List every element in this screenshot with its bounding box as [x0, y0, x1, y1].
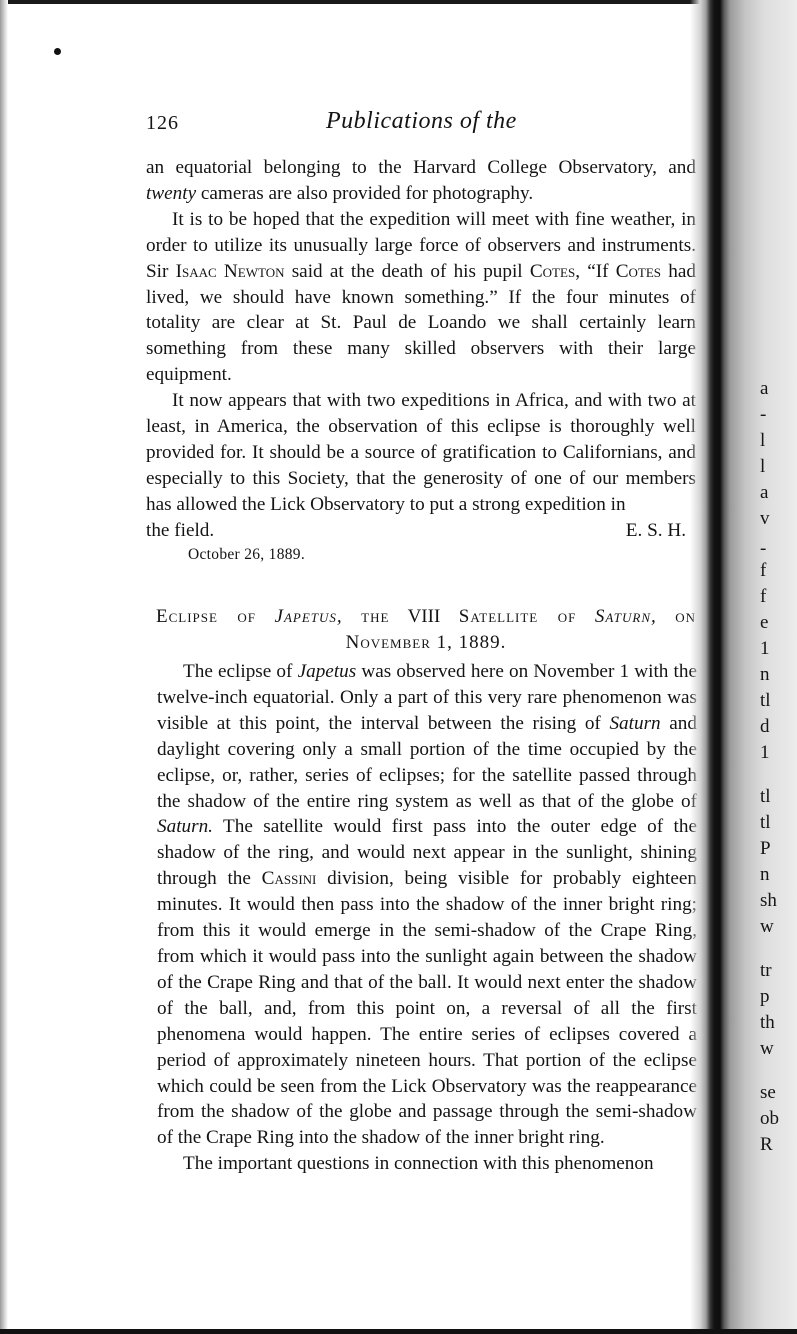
right-page-fragment: tl — [760, 810, 771, 836]
right-page-fragment: d — [760, 714, 770, 740]
right-page-fragment: f — [760, 558, 766, 584]
right-page-fragment: 1 — [760, 636, 770, 662]
right-page-fragment: w — [760, 1036, 774, 1062]
right-page-fragment: e — [760, 610, 768, 636]
right-page-fragment: n — [760, 662, 770, 688]
name-newton: Isaac Newton — [176, 261, 285, 282]
article-heading: Eclipse of Japetus, the VIII Satellite o… — [156, 604, 696, 656]
right-page-fragment: l — [760, 428, 765, 454]
right-page-fragment: a — [760, 376, 768, 402]
right-page-fragment: n — [760, 862, 770, 888]
section-expedition: an equatorial belonging to the Harvard C… — [146, 155, 696, 544]
heading-date: November 1, 1889. — [346, 632, 507, 653]
paragraph-eclipse: The eclipse of Japetus was observed here… — [157, 659, 697, 1151]
right-page-fragment: P — [760, 836, 771, 862]
paragraph-now-appears: It now appears that with two expeditions… — [146, 388, 696, 518]
right-page-fragment: sh — [760, 888, 777, 914]
paragraph-hoped: It is to be hoped that the expedition wi… — [146, 207, 696, 388]
right-page-fragment: ob — [760, 1106, 779, 1132]
right-page-fragment: w — [760, 914, 774, 940]
right-page-fragment: se — [760, 1080, 776, 1106]
signature-line: the field. E. S. H. — [146, 518, 696, 544]
right-page-fragment: tl — [760, 784, 771, 810]
right-page-fragment: f — [760, 584, 766, 610]
right-page-edge: a-llav-ffe1ntld1tltlPnshwtrpthwseobR — [760, 0, 797, 1334]
right-page-fragment: th — [760, 1010, 775, 1036]
scan-bottom-edge — [0, 1329, 797, 1334]
right-page-fragment: l — [760, 454, 765, 480]
paragraph-questions: The important questions in connection wi… — [157, 1151, 697, 1177]
right-page-fragment: R — [760, 1132, 773, 1158]
section-japetus: The eclipse of Japetus was observed here… — [157, 659, 697, 1177]
running-title: Publications of the — [326, 108, 517, 135]
author-signature: E. S. H. — [626, 518, 686, 544]
dateline: October 26, 1889. — [188, 546, 305, 564]
paragraph-continued: an equatorial belonging to the Harvard C… — [146, 155, 696, 207]
right-page-fragment: - — [760, 402, 766, 428]
right-page-fragment: tl — [760, 688, 771, 714]
left-page: 126 Publications of the an equatorial be… — [0, 0, 705, 1334]
running-head: 126 Publications of the — [146, 108, 686, 138]
right-page-fragment: p — [760, 984, 770, 1010]
page-number: 126 — [146, 112, 179, 135]
right-page-fragment: 1 — [760, 740, 770, 766]
right-page-fragment: v — [760, 506, 770, 532]
right-page-fragment: tr — [760, 958, 772, 984]
right-page-fragment: a — [760, 480, 768, 506]
